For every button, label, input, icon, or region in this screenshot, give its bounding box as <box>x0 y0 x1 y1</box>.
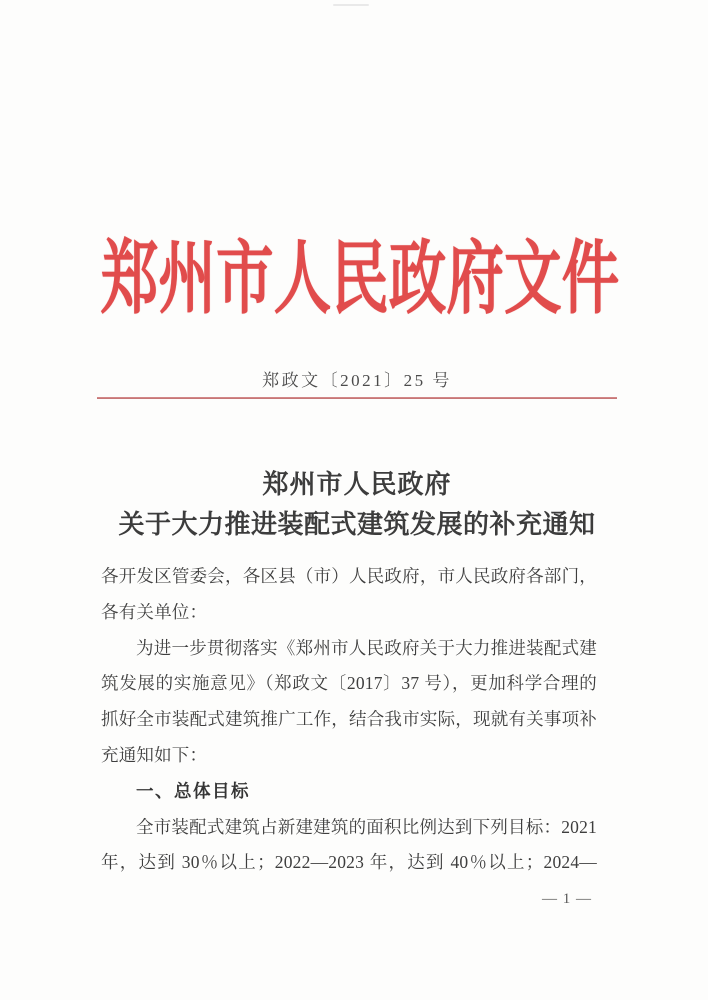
body-line: 年，达到 30％以上；2022—2023 年，达到 40％以上；2024— <box>101 845 597 881</box>
body-line: 为进一步贯彻落实《郑州市人民政府关于大力推进装配式建 <box>101 631 597 667</box>
scanned-document-page: 郑州市人民政府文件 郑政文〔2021〕25 号 郑州市人民政府 关于大力推进装配… <box>0 0 708 1000</box>
document-body: 各开发区管委会，各区县（市）人民政府，市人民政府各部门， 各有关单位： 为进一步… <box>101 559 597 881</box>
body-line: 抓好全市装配式建筑推广工作，结合我市实际，现就有关事项补 <box>101 702 597 738</box>
body-line: 各开发区管委会，各区县（市）人民政府，市人民政府各部门， <box>101 559 597 595</box>
document-banner: 郑州市人民政府文件 <box>0 236 708 346</box>
body-line: 充通知如下： <box>101 738 597 774</box>
section-heading: 一、总体目标 <box>101 774 597 810</box>
body-line: 筑发展的实施意见》（郑政文〔2017〕37 号），更加科学合理的 <box>101 666 597 702</box>
body-line: 各有关单位： <box>101 595 597 631</box>
document-number: 郑政文〔2021〕25 号 <box>10 366 704 391</box>
red-divider-line <box>97 397 617 399</box>
banner-title-text: 郑州市人民政府文件 <box>101 236 619 324</box>
document-title-line2: 关于大力推进装配式建筑发展的补充通知 <box>10 502 704 548</box>
scan-artifact <box>333 4 369 6</box>
page-number: — 1 — <box>522 891 612 908</box>
body-line: 全市装配式建筑占新建建筑的面积比例达到下列目标：2021 <box>101 810 597 846</box>
document-title: 郑州市人民政府 关于大力推进装配式建筑发展的补充通知 <box>10 468 704 548</box>
document-title-line1: 郑州市人民政府 <box>10 468 704 502</box>
